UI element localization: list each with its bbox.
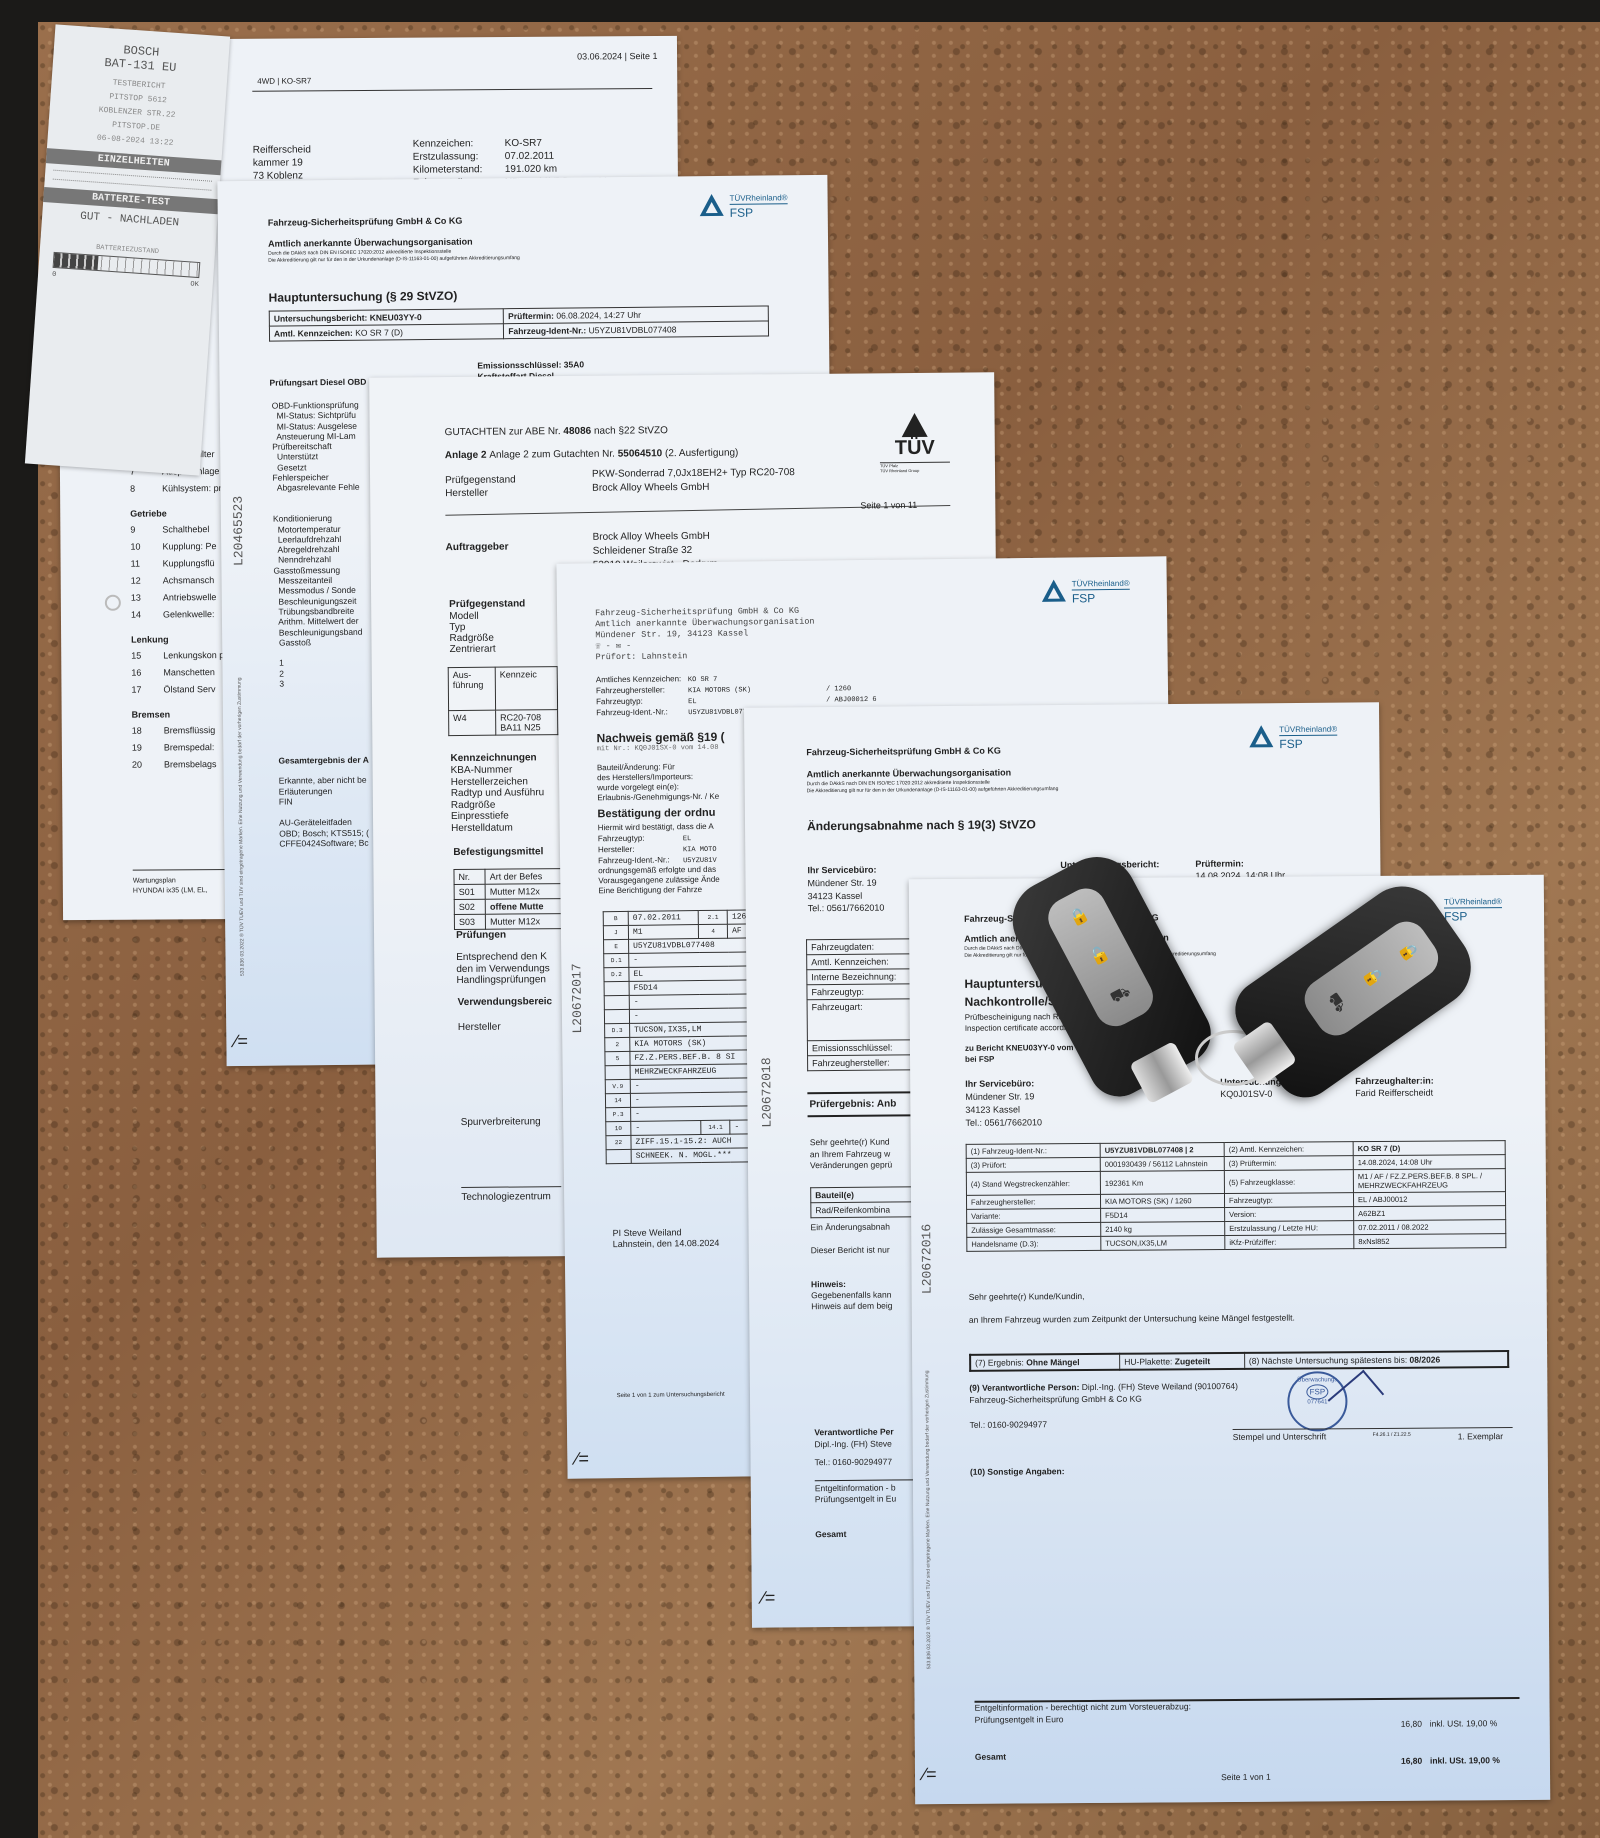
doc6-reference-place: bei FSP bbox=[965, 1055, 994, 1065]
vehicle-data-row: Handelsname (D.3):TUCSON,IX35,LMiKfz-Prü… bbox=[967, 1234, 1506, 1252]
doc2-title: Hauptuntersuchung (§ 29 StVZO) bbox=[269, 289, 458, 305]
doc6-fee-tax: inkl. USt. 19,00 % bbox=[1430, 1718, 1498, 1729]
doc4-confirm-after: ordnungsgemäß erfolgte und dasVorausgega… bbox=[598, 865, 720, 896]
doc5-title: Änderungsabnahme nach § 19(3) StVZO bbox=[807, 817, 1036, 833]
doc6-sign-label: Stempel und Unterschrift bbox=[1233, 1431, 1327, 1442]
doc1-vehicle-short: 4WD | KO-SR7 bbox=[257, 76, 311, 86]
text-line: Messmodus / Sonde bbox=[274, 585, 362, 596]
fastening-row: S03Mutter M12x bbox=[454, 914, 563, 930]
fastening-row: S01Mutter M12x bbox=[454, 884, 563, 900]
result-cell: (7) Ergebnis: Ohne Mängel bbox=[970, 1354, 1120, 1371]
doc6-total-tax: inkl. USt. 19,00 % bbox=[1430, 1755, 1500, 1766]
hu-reinspection-certificate: TÜVRheinland®FSP Fahrzeug-Sicherheitsprü… bbox=[909, 875, 1550, 1804]
doc5-result-heading: Prüfergebnis: Anb bbox=[809, 1098, 896, 1111]
doc4-confirm-fields: Fahrzeugtyp:ELHersteller:KIA MOTOFahrzeu… bbox=[598, 833, 717, 867]
text-line: Brock Alloy Wheels GmbH bbox=[593, 530, 718, 545]
doc4-confirm-text: Hiermit wird bestätigt, dass die A bbox=[598, 822, 714, 833]
doc3-object-heading: Prüfgegenstand bbox=[449, 598, 525, 611]
doc6-result-table: (7) Ergebnis: Ohne Mängel HU-Plakette: Z… bbox=[969, 1350, 1509, 1372]
text-line: Prüfort: Lahnstein bbox=[596, 650, 815, 664]
trunk-icon: ⛟ bbox=[1094, 969, 1147, 1021]
doc6-tuv-mark: ⁄= bbox=[923, 1764, 937, 1786]
doc5-note-lines: Gegebenenfalls kannHinweis auf dem beig bbox=[811, 1290, 892, 1313]
doc6-page-number: Seite 1 von 1 bbox=[1221, 1772, 1271, 1783]
next-inspection-cell: (8) Nächste Untersuchung spätestens bis:… bbox=[1244, 1351, 1508, 1369]
doc6-side-text: 533.836 03.2022 ® TÜV TUEV und TUV sind … bbox=[924, 1370, 932, 1669]
text-line: Erkannte, aber nicht be bbox=[279, 775, 369, 786]
doc4-registration-grid: B07.02.20112.11260JM14AFEU5YZU81VDBL0774… bbox=[603, 909, 766, 1164]
doc5-parts-table: Bauteil(e) Rad/Reifenkombina bbox=[810, 1186, 925, 1218]
doc2-accreditation-2: Die Akkreditierung gilt nur für den in d… bbox=[268, 255, 520, 264]
doc3-spur-label: Spurverbreiterung bbox=[461, 1116, 541, 1129]
doc5-total-label: Gesamt bbox=[815, 1529, 846, 1539]
receipt-lines: TESTBERICHTPITSTOP 5612KOBLENZER STR.22P… bbox=[47, 72, 226, 154]
text-line: Abgasrelevante Fehle bbox=[273, 482, 361, 493]
doc6-fee-info: Entgeltinformation - berechtigt nicht zu… bbox=[975, 1701, 1191, 1713]
text-line: Mündener Str. 19 bbox=[965, 1090, 1042, 1104]
text-line: Handlingsprüfungen bbox=[456, 974, 550, 986]
doc3-markings-list: KBA-NummerHerstellerzeichenRadtyp und Au… bbox=[451, 764, 545, 834]
text-line: an Ihrem Fahrzeug w bbox=[810, 1148, 892, 1160]
text-line: KBA-Nummer bbox=[451, 764, 545, 776]
doc3-line2: Anlage 2 Anlage 2 zum Gutachten Nr. 5506… bbox=[445, 448, 739, 463]
text-line: Mündener Str. 19 bbox=[807, 877, 884, 890]
doc2-result-lines: Erkannte, aber nicht beErläuterungenFIN … bbox=[279, 775, 370, 849]
text-line: Beschleunigungsband bbox=[274, 626, 362, 637]
text-line: Zentrierart bbox=[449, 644, 495, 655]
punch-hole bbox=[105, 595, 121, 611]
text-line: Sehr geehrte(r) Kund bbox=[810, 1137, 892, 1149]
doc6-office-address: Mündener Str. 1934123 KasselTel.: 0561/7… bbox=[965, 1090, 1042, 1130]
owner-line: kammer 19 bbox=[253, 156, 311, 169]
text-line: Erlaubnis-/Genehmigungs-Nr. / Ke bbox=[597, 792, 719, 803]
doc5-note-heading: Hinweis: bbox=[811, 1279, 846, 1289]
text-line: den im Verwendungs bbox=[456, 963, 550, 975]
doc3-fastening-table: Nr.Art der BefesS01Mutter M12xS02offene … bbox=[453, 868, 564, 930]
text-line: Herstellerzeichen bbox=[451, 776, 545, 788]
gauge-max: OK bbox=[190, 280, 199, 289]
doc2-test-type: Prüfungsart Diesel OBD bbox=[269, 377, 366, 388]
doc5-person-heading: Verantwortliche Per bbox=[814, 1427, 893, 1438]
doc6-person: (9) Verantwortliche Person: Dipl.-Ing. (… bbox=[969, 1381, 1238, 1393]
doc3-fastening-heading: Befestigungsmittel bbox=[453, 846, 543, 859]
doc3-maker-value: Brock Alloy Wheels GmbH bbox=[592, 482, 709, 495]
doc4-header: Fahrzeug-Sicherheitsprüfung GmbH & Co KG… bbox=[595, 606, 815, 664]
doc3-usage-heading: Verwendungsbereic bbox=[458, 996, 553, 1009]
doc4-serial: L20672017 bbox=[569, 963, 585, 1033]
text-line: Eine Berichtigung der Fahrze bbox=[598, 885, 720, 896]
text-line: Hinweis auf dem beig bbox=[811, 1301, 892, 1313]
doc6-serial: L20672016 bbox=[919, 1224, 934, 1294]
doc5-date-label: Prüftermin: bbox=[1195, 858, 1244, 869]
text-line bbox=[811, 1233, 891, 1245]
vehicle-row: Fahrzeugdaten: bbox=[807, 939, 926, 955]
doc6-fee-label: Prüfungsentgelt in Euro bbox=[975, 1714, 1064, 1725]
vehicle-row: Interne Bezeichnung: bbox=[807, 969, 926, 985]
doc5-office-label: Ihr Servicebüro: bbox=[807, 865, 876, 876]
vehicle-row: Fahrzeugart: bbox=[807, 999, 926, 1041]
text-line: Dieser Bericht ist nur bbox=[811, 1245, 891, 1257]
vehicle-row: Fahrzeughersteller: bbox=[808, 1055, 927, 1071]
doc3-tests-text: Entsprechend den Kden im VerwendungsHand… bbox=[456, 951, 550, 986]
doc6-copy: 1. Exemplar bbox=[1458, 1431, 1503, 1442]
doc6-greeting: Sehr geehrte(r) Kunde/Kundin, bbox=[969, 1291, 1085, 1302]
doc6-other-info: (10) Sonstige Angaben: bbox=[970, 1466, 1065, 1477]
doc3-tests-heading: Prüfungen bbox=[456, 930, 506, 942]
doc5-org: Amtlich anerkannte Überwachungsorganisat… bbox=[807, 767, 1012, 780]
doc2-company: Fahrzeug-Sicherheitsprüfung GmbH & Co KG bbox=[268, 216, 463, 229]
doc3-line1: GUTACHTEN zur ABE Nr. 48086 nach §22 StV… bbox=[445, 425, 668, 439]
text-line: Entsprechend den K bbox=[456, 951, 550, 963]
doc6-fee-amount: 16,80 bbox=[1401, 1719, 1422, 1729]
doc5-accreditation-2: Die Akkreditierung gilt nur für den in d… bbox=[807, 786, 1059, 794]
doc3-variant-table: Aus-führungKennzeic W4RC20-708 BA11 N25 bbox=[448, 666, 559, 736]
gauge-min: 0 bbox=[52, 271, 57, 279]
tuv-logo: TÜV TÜV Pfalz TÜV Rheinland Group bbox=[880, 413, 951, 474]
doc2-emission: Emissionsschlüssel: 35A0 bbox=[477, 359, 584, 370]
owner-line: Reifferscheid bbox=[253, 143, 311, 156]
doc5-tuv-mark: ⁄= bbox=[762, 1588, 776, 1610]
doc2-result-heading: Gesamtergebnis der A bbox=[278, 755, 368, 766]
text-line: Schleidener Straße 32 bbox=[593, 544, 718, 559]
text-line: Typ bbox=[449, 622, 495, 633]
doc5-after-lines: Ein Änderungsabnah Dieser Bericht ist nu… bbox=[810, 1222, 890, 1257]
doc4-tuv-mark: ⁄= bbox=[575, 1448, 589, 1470]
doc6-office-label: Ihr Servicebüro: bbox=[965, 1078, 1034, 1089]
text-line: Ein Änderungsabnah bbox=[810, 1222, 890, 1234]
doc2-header-table: Untersuchungsbericht: KNEU03YY-0Prüfterm… bbox=[269, 305, 769, 341]
text-line: Tel.: 0561/7662010 bbox=[808, 902, 885, 915]
doc5-office-address: Mündener Str. 1934123 KasselTel.: 0561/7… bbox=[807, 877, 884, 915]
text-line: Ansteuerung MI-Lam bbox=[272, 431, 360, 442]
text-line: Veränderungen geprü bbox=[810, 1160, 892, 1172]
text-line: Tel.: 0561/7662010 bbox=[965, 1116, 1042, 1130]
doc5-tel: Tel.: 0160-90294977 bbox=[815, 1457, 893, 1468]
text-line: 34123 Kassel bbox=[965, 1103, 1042, 1117]
doc3-object-label: Prüfgegenstand bbox=[445, 474, 516, 487]
text-line: Radgröße bbox=[451, 799, 545, 811]
doc3-footer: Technologiezentrum bbox=[461, 1191, 551, 1204]
text-line: Modell bbox=[449, 611, 495, 622]
doc3-usage-label: Hersteller bbox=[458, 1022, 501, 1034]
doc4-component-lines: Bauteil/Änderung: Fürdes Herstellers/Imp… bbox=[597, 762, 719, 803]
vehicle-row: Amtl. Kennzeichen: bbox=[807, 954, 926, 970]
doc4-signer: PI Steve Weiland bbox=[613, 1227, 682, 1239]
doc3-object-fields: ModellTypRadgrößeZentrierart bbox=[449, 611, 496, 655]
doc6-owner-label: Fahrzeughalter:in: bbox=[1355, 1076, 1434, 1087]
text-line: 3 bbox=[275, 678, 363, 689]
text-line: 34123 Kassel bbox=[808, 889, 885, 902]
doc3-page-number: Seite 1 von 11 bbox=[860, 500, 917, 511]
doc3-object-value: PKW-Sonderrad 7,0Jx18EH2+ Typ RC20-708 bbox=[592, 467, 795, 481]
doc2-org: Amtlich anerkannte Überwachungsorganisat… bbox=[268, 237, 473, 250]
doc3-maker-label: Hersteller bbox=[445, 488, 488, 500]
text-line: Herstelldatum bbox=[451, 822, 545, 834]
doc5-serial: L20672018 bbox=[759, 1057, 775, 1127]
fastening-row: S02offene Mutte bbox=[454, 899, 563, 915]
doc6-report-value: KQ0J01SV-0 bbox=[1220, 1089, 1272, 1100]
doc5-person: Dipl.-Ing. (FH) Steve bbox=[814, 1439, 892, 1450]
battery-test-receipt: BOSCH BAT-131 EU TESTBERICHTPITSTOP 5612… bbox=[25, 24, 230, 475]
text-line: Radgröße bbox=[449, 633, 495, 644]
doc4-confirm-heading: Bestätigung der ordnu bbox=[597, 807, 715, 822]
vehicle-row: Fahrzeugtyp: bbox=[807, 984, 926, 1000]
doc6-owner-value: Farid Reifferscheidt bbox=[1355, 1088, 1433, 1099]
doc4-page-footer: Seite 1 von 1 zum Untersuchungsbericht bbox=[617, 1392, 725, 1401]
text-line: Arithm. Mittelwert der bbox=[274, 616, 362, 627]
text-line: MI-Status: Sichtprüfu bbox=[272, 410, 360, 421]
doc2-side-text: 533.836 03.2022 ® TÜV TUEV und TUV sind … bbox=[237, 677, 246, 976]
doc6-person-company: Fahrzeug-Sicherheitsprüfung GmbH & Co KG bbox=[969, 1394, 1142, 1405]
text-line: Gegebenenfalls kann bbox=[811, 1290, 892, 1302]
doc5-fee-2: Prüfungsentgelt in Eu bbox=[815, 1493, 896, 1504]
doc6-statement: an Ihrem Fahrzeug wurden zum Zeitpunkt d… bbox=[969, 1313, 1295, 1325]
doc2-tuv-mark: ⁄= bbox=[234, 1031, 248, 1053]
text-line: CFFE0424Software; Bc bbox=[279, 838, 369, 849]
vehicle-row: Emissionsschlüssel: bbox=[807, 1040, 926, 1056]
plakette-cell: HU-Plakette: Zugeteilt bbox=[1120, 1353, 1245, 1370]
doc4-place-date: Lahnstein, den 14.08.2024 bbox=[613, 1238, 720, 1250]
text-line: Radtyp und Ausführu bbox=[451, 787, 545, 799]
doc6-form-code: F4.26.1 / Z1.22.5 bbox=[1373, 1432, 1411, 1438]
doc5-fee-1: Entgeltinformation - b bbox=[815, 1482, 896, 1493]
text-line: Einpresstiefe bbox=[451, 810, 545, 822]
doc2-measurement-list: OBD-Funktionsprüfung MI-Status: Sichtprü… bbox=[272, 400, 363, 689]
doc6-tel: Tel.: 0160-90294977 bbox=[970, 1419, 1048, 1430]
doc4-subtitle: mit Nr.: KQ0J01SX-0 vom 14.08 bbox=[597, 744, 719, 754]
doc6-total-amount: 16,80 bbox=[1401, 1756, 1422, 1766]
doc5-company: Fahrzeug-Sicherheitsprüfung GmbH & Co KG bbox=[806, 746, 1001, 758]
doc6-vehicle-table: (1) Fahrzeug-Ident-Nr.:U5YZU81VDBL077408… bbox=[966, 1140, 1507, 1252]
doc5-letter: Sehr geehrte(r) Kundan Ihrem Fahrzeug wV… bbox=[810, 1137, 893, 1172]
doc3-client-label: Auftraggeber bbox=[446, 542, 509, 555]
doc2-serial: L20465523 bbox=[231, 496, 247, 566]
doc3-markings-heading: Kennzeichnungen bbox=[450, 752, 536, 765]
doc1-footer-label: Wartungsplan bbox=[133, 877, 176, 886]
grid-row: SCHNEEK. N. MOGL.*** bbox=[606, 1148, 765, 1164]
doc1-date-page: 03.06.2024 | Seite 1 bbox=[577, 51, 657, 62]
doc1-footer-vehicle: HYUNDAI ix35 (LM, EL, bbox=[133, 887, 208, 896]
doc6-total-label: Gesamt bbox=[975, 1752, 1006, 1762]
